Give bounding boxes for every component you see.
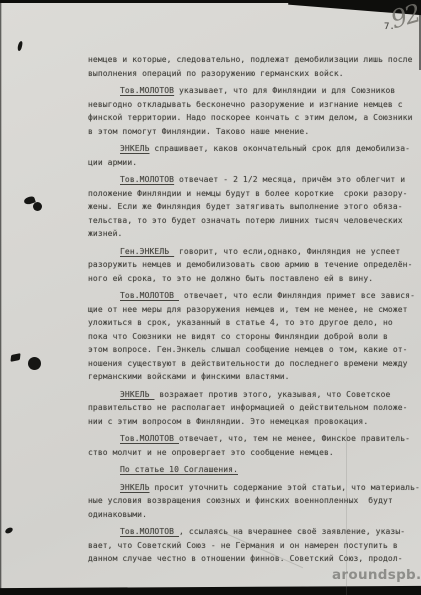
text-segment: ство молчит и не опровергает это сообщен… [88, 448, 334, 457]
text-segment: ношения существуют в действительности до… [88, 359, 408, 368]
text-line: выполнения операций по разоружению герма… [88, 67, 418, 81]
text-line: этом вопросе. Ген.Энкель слышал сообщени… [88, 343, 418, 357]
ink-blot [10, 353, 20, 362]
text-segment: тельства, то это будет означать потерю л… [88, 216, 403, 225]
text-segment: , ссылаясь на вчерашнее своё заявление, … [179, 527, 405, 536]
paragraph: Ген.ЭНКЕЛЬ говорит, что если,однако, Фин… [88, 245, 418, 286]
underlined-text: Ген.ЭНКЕЛЬ [120, 247, 174, 256]
text-segment: ции армии. [88, 158, 137, 167]
text-line: ные условия возвращения союзных и фински… [88, 494, 418, 508]
text-segment: данном случае честно в отношении финнов.… [88, 554, 403, 563]
text-line: ЭНКЕЛЬ спрашивает, каков окончательный с… [88, 142, 418, 156]
paragraph: Тов.МОЛОТОВ указывает, что для Финляндии… [88, 84, 418, 138]
text-segment: жизней. [88, 229, 122, 238]
text-segment: указывает, что для Финляндии и для Союзн… [174, 86, 395, 95]
text-line: уложиться в срок, указанный в статье 4, … [88, 316, 418, 330]
text-segment: в этом помогут Финляндии. Таково наше мн… [88, 127, 309, 136]
text-segment: отвечает, что если Финляндия примет все … [179, 291, 415, 300]
ink-blot [28, 357, 41, 370]
paragraph: ЭНКЕЛЬ просит уточнить содержание этой с… [88, 481, 418, 522]
text-segment: германскими войсками и финскими властями… [88, 372, 290, 381]
section-heading: По статье 10 Соглашения. [88, 463, 418, 477]
ink-blot [17, 41, 23, 52]
text-line: По статье 10 Соглашения. [88, 463, 418, 477]
text-line: Тов.МОЛОТОВ отвечает, что, тем не менее,… [88, 432, 418, 446]
text-segment: положение Финляндии и немцы будут в боле… [88, 189, 408, 198]
text-line: Тов.МОЛОТОВ указывает, что для Финляндии… [88, 84, 418, 98]
text-line: немцев и которые, следовательно, подлежа… [88, 53, 418, 67]
text-segment: одинаковыми. [88, 510, 147, 519]
paragraph: Тов.МОЛОТОВ отвечает - 2 1/2 месяца, при… [88, 173, 418, 241]
text-segment: говорит, что если,однако, Финляндия не у… [174, 247, 400, 256]
text-segment: этом вопросе. Ген.Энкель слышал сообщени… [88, 345, 408, 354]
paragraph: Тов.МОЛОТОВ отвечает, что если Финляндия… [88, 289, 418, 384]
text-line: правительство не располагает информацией… [88, 401, 418, 415]
underlined-text: Тов.МОЛОТОВ [120, 86, 174, 95]
text-segment: возражает против этого, указывая, что Со… [154, 390, 390, 399]
text-segment: невыгодно откладывать бесконечно разоруж… [88, 100, 403, 109]
text-segment: жены. Если же Финляндия будет затягивать… [88, 202, 403, 211]
text-line: данном случае честно в отношении финнов.… [88, 552, 418, 566]
text-line: ство молчит и не опровергает это сообщен… [88, 446, 418, 460]
text-segment: финской территории. Надо поскорее кончат… [88, 113, 412, 122]
paragraph: ЭНКЕЛЬ спрашивает, каков окончательный с… [88, 142, 418, 169]
text-line: Тов.МОЛОТОВ , ссылаясь на вчерашнее своё… [88, 525, 418, 539]
text-segment: уложиться в срок, указанный в статье 4, … [88, 318, 393, 327]
text-segment: пока что Союзники не видят со стороны Фи… [88, 332, 388, 341]
text-line: Тов.МОЛОТОВ отвечает - 2 1/2 месяца, при… [88, 173, 418, 187]
text-line: Ген.ЭНКЕЛЬ говорит, что если,однако, Фин… [88, 245, 418, 259]
text-line: разоружить немцев и демобилизовать свою … [88, 258, 418, 272]
text-segment: немцев и которые, следовательно, подлежа… [88, 55, 412, 64]
paragraph: ЭНКЕЛЬ возражает против этого, указывая,… [88, 388, 418, 429]
underlined-text: ЭНКЕЛЬ [120, 144, 150, 153]
text-segment: просит уточнить содержание этой статьи, … [150, 483, 420, 492]
text-line: жены. Если же Финляндия будет затягивать… [88, 200, 418, 214]
underlined-text: Тов.МОЛОТОВ [120, 434, 179, 443]
text-segment: отвечает - 2 1/2 месяца, причём это обле… [174, 175, 405, 184]
text-line: в этом помогут Финляндии. Таково наше мн… [88, 125, 418, 139]
text-line: ЭНКЕЛЬ просит уточнить содержание этой с… [88, 481, 418, 495]
text-segment: отвечает, что, тем не менее, Финское пра… [179, 434, 410, 443]
ink-blot [4, 526, 13, 534]
underlined-text: Тов.МОЛОТОВ [120, 527, 179, 536]
text-line: Тов.МОЛОТОВ отвечает, что если Финляндия… [88, 289, 418, 303]
text-segment: спрашивает, каков окончательный срок для… [150, 144, 411, 153]
text-line: щие от нее меры для разоружения немцев и… [88, 303, 418, 317]
text-line: невыгодно откладывать бесконечно разоруж… [88, 98, 418, 112]
text-segment: ного ей срока, то это не должно быть пос… [88, 274, 373, 283]
text-line: одинаковыми. [88, 508, 418, 522]
underlined-text: ЭНКЕЛЬ [120, 390, 154, 399]
text-line: жизней. [88, 227, 418, 241]
scan-edge-left [0, 0, 2, 595]
text-segment: ные условия возвращения союзных и фински… [88, 496, 393, 505]
text-line: пока что Союзники не видят со стороны Фи… [88, 330, 418, 344]
text-segment: правительство не располагает информацией… [88, 403, 408, 412]
text-line: нии с этим вопросом в Финляндии. Это нем… [88, 415, 418, 429]
text-line: ции армии. [88, 156, 418, 170]
scanned-document-page: 92 7. немцев и которые, следовательно, п… [0, 0, 421, 595]
text-line: положение Финляндии и немцы будут в боле… [88, 187, 418, 201]
watermark: aroundspb.ru [332, 567, 421, 583]
underlined-text: ЭНКЕЛЬ [120, 483, 150, 492]
text-segment: щие от нее меры для разоружения немцев и… [88, 305, 408, 314]
text-segment: выполнения операций по разоружению герма… [88, 69, 344, 78]
scan-edge-bottom [0, 586, 421, 595]
text-line: ЭНКЕЛЬ возражает против этого, указывая,… [88, 388, 418, 402]
text-line: тельства, то это будет означать потерю л… [88, 214, 418, 228]
text-segment: разоружить немцев и демобилизовать свою … [88, 260, 412, 269]
ink-blot [33, 202, 42, 211]
underlined-text: По статье 10 Соглашения. [120, 465, 238, 474]
underlined-text: Тов.МОЛОТОВ [120, 175, 174, 184]
typed-page-number: 7. [384, 22, 395, 32]
text-line: германскими войсками и финскими властями… [88, 370, 418, 384]
underlined-text: Тов.МОЛОТОВ [120, 291, 179, 300]
paragraph: Тов.МОЛОТОВ отвечает, что, тем не менее,… [88, 432, 418, 459]
text-line: ношения существуют в действительности до… [88, 357, 418, 371]
text-segment: нии с этим вопросом в Финляндии. Это нем… [88, 417, 368, 426]
document-text: немцев и которые, следовательно, подлежа… [88, 53, 418, 570]
text-line: ного ей срока, то это не должно быть пос… [88, 272, 418, 286]
paragraph: немцев и которые, следовательно, подлежа… [88, 53, 418, 80]
text-line: финской территории. Надо поскорее кончат… [88, 111, 418, 125]
